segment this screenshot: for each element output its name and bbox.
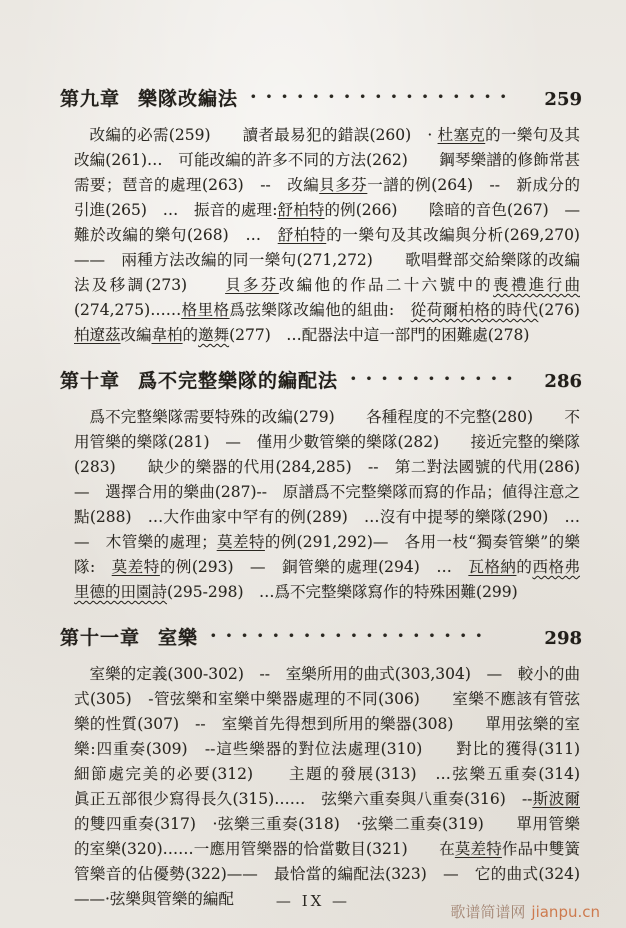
person-name: 柏遼茲: [74, 326, 121, 344]
person-name: 瓦格納: [468, 558, 516, 576]
detail-text: 改編的必需(259) 讀者最易犯的錯誤(260) ·: [90, 126, 438, 144]
dot-leader: ···········: [350, 368, 534, 390]
person-name: 韋柏: [152, 326, 183, 344]
chapter-page-number: 259: [544, 89, 582, 110]
person-name: 貝多芬: [225, 276, 279, 294]
folio-page-number: — IX —: [276, 892, 350, 910]
person-name: 格里格: [181, 301, 229, 319]
work-title: 邀舞: [198, 326, 229, 344]
detail-text: 改編他的作品二十六號中的: [279, 276, 493, 294]
table-of-contents: 第九章 樂隊改編法 ················· 259 改編的必需(25…: [60, 84, 582, 928]
chapter-details: 爲不完整樂隊需要特殊的改編(279) 各種程度的不完整(280) 不用管樂的樂隊…: [74, 405, 580, 605]
detail-text: (277) …配器法中這一部門的困難處(278): [229, 326, 529, 344]
chapter-page-number: 286: [544, 371, 582, 392]
detail-text: (276): [538, 301, 611, 319]
detail-text: 的例(293) — 銅管樂的處理(294) …: [160, 558, 469, 576]
person-name: 莫差特: [112, 558, 160, 576]
detail-text: 的: [516, 558, 532, 576]
watermark-url: jianpu.cn: [531, 903, 600, 921]
work-title: 喪禮進行曲: [493, 276, 580, 294]
person-name: 莫差特: [455, 840, 502, 858]
person-name: 斯波爾: [532, 790, 580, 808]
person-name: 杜塞克: [438, 126, 486, 144]
chapter-title: 爲不完整樂隊的編配法: [138, 366, 338, 393]
chapter-page-number: 298: [544, 628, 582, 649]
chapter-title: 室樂: [158, 623, 198, 650]
person-name: 莫差特: [217, 533, 265, 551]
detail-text: 改編: [121, 326, 152, 344]
chapter-heading: 第十章 爲不完整樂隊的編配法 ··········· 286: [60, 366, 582, 393]
detail-text: 室樂的定義(300-302) -- 室樂所用的曲式(303,304) — 較小的…: [74, 665, 611, 808]
detail-text: 爲弦樂隊改編他的組曲:: [230, 301, 411, 319]
chapter-label: 第十章: [60, 366, 120, 393]
dot-leader: ··················: [210, 625, 534, 647]
chapter-heading: 第十一章 室樂 ·················· 298: [60, 623, 582, 650]
chapter-heading: 第九章 樂隊改編法 ················· 259: [60, 84, 582, 111]
chapter-label: 第十一章: [60, 623, 140, 650]
toc-entry: 第十章 爲不完整樂隊的編配法 ··········· 286 爲不完整樂隊需要特…: [60, 366, 582, 605]
person-name: 貝多芬: [319, 176, 367, 194]
person-name: 舒柏特: [278, 226, 326, 244]
detail-text: 的: [183, 326, 199, 344]
toc-entry: 第十一章 室樂 ·················· 298 室樂的定義(300…: [60, 623, 582, 912]
detail-text: (274,275)……: [74, 301, 181, 319]
work-title: 從荷爾柏格的時代: [411, 301, 539, 319]
chapter-label: 第九章: [60, 84, 120, 111]
chapter-title: 樂隊改編法: [138, 84, 238, 111]
detail-text: (295-298) …爲不完整樂隊寫作的特殊困難(299): [167, 583, 518, 601]
dot-leader: ·················: [250, 86, 534, 108]
person-name: 舒柏特: [277, 201, 324, 219]
scanned-book-page: 第九章 樂隊改編法 ················· 259 改編的必需(25…: [0, 0, 626, 928]
watermark-site-name: 歌谱简谱网: [450, 903, 525, 921]
chapter-details: 室樂的定義(300-302) -- 室樂所用的曲式(303,304) — 較小的…: [74, 662, 580, 912]
toc-entry: 第九章 樂隊改編法 ················· 259 改編的必需(25…: [60, 84, 582, 348]
chapter-details: 改編的必需(259) 讀者最易犯的錯誤(260) · 杜塞克的一樂句及其改編(2…: [74, 123, 580, 348]
detail-text: 爲不完整樂隊需要特殊的改編(279) 各種程度的不完整(280) 不用管樂的樂隊…: [74, 408, 596, 551]
watermark: 歌谱简谱网jianpu.cn: [450, 901, 600, 922]
